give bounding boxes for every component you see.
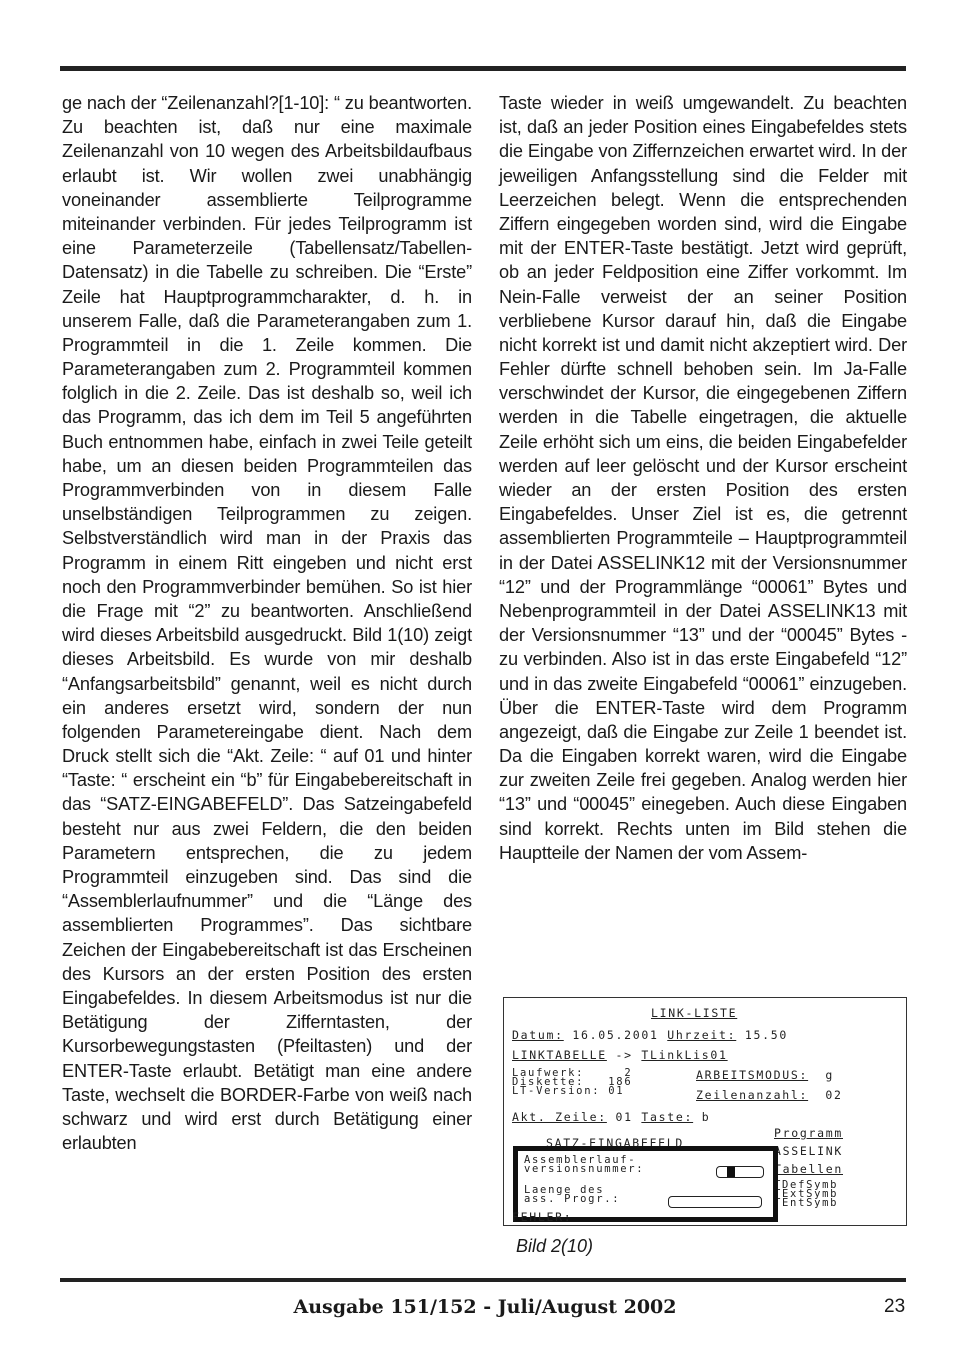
laenge-input[interactable] bbox=[668, 1194, 762, 1208]
uhrzeit-label: Uhrzeit: bbox=[667, 1028, 736, 1042]
taste-label: Taste: bbox=[641, 1110, 693, 1124]
article-column-right: Taste wieder in weiß umgewandelt. Zu bea… bbox=[499, 91, 907, 865]
field1-label-line2: versionsnummer: bbox=[524, 1164, 644, 1174]
programm-value: ASSELINK bbox=[774, 1144, 843, 1158]
ltversion-value: 01 bbox=[608, 1085, 624, 1097]
uhrzeit-value: 15.50 bbox=[745, 1028, 788, 1042]
versionsnummer-field[interactable] bbox=[716, 1166, 764, 1178]
datum-value: 16.05.2001 bbox=[572, 1028, 658, 1042]
arbeitsmodus-value: g bbox=[825, 1068, 834, 1082]
arbeitsmodus-label: ARBEITSMODUS: bbox=[696, 1068, 808, 1082]
ltversion-row: LT-Version: 01 bbox=[512, 1086, 624, 1096]
ltversion-label: LT-Version: bbox=[512, 1085, 600, 1097]
zeilenanzahl-row: Zeilenanzahl: 02 bbox=[696, 1088, 843, 1102]
aktzeile-label: Akt. Zeile: bbox=[512, 1110, 607, 1124]
left-column-text: ge nach der “Zeilenanzahl?[1-10]: “ zu b… bbox=[62, 91, 472, 1155]
link-liste-screenshot: LINK-LISTE Datum: 16.05.2001 Uhrzeit: 15… bbox=[503, 997, 907, 1226]
zeilenanzahl-label: Zeilenanzahl: bbox=[696, 1088, 808, 1102]
field2-label-line2: ass. Progr.: bbox=[524, 1194, 620, 1204]
bottom-rule bbox=[60, 1278, 906, 1282]
datum-row: Datum: 16.05.2001 Uhrzeit: 15.50 bbox=[512, 1028, 788, 1042]
laenge-field[interactable] bbox=[668, 1196, 762, 1208]
linktabelle-row: LINKTABELLE -> TLinkLis01 bbox=[512, 1048, 728, 1062]
programm-label: Programm bbox=[774, 1126, 843, 1140]
datum-label: Datum: bbox=[512, 1028, 564, 1042]
page-number: 23 bbox=[884, 1296, 905, 1318]
taste-value: b bbox=[702, 1110, 711, 1124]
versionsnummer-input[interactable] bbox=[716, 1164, 764, 1178]
right-column-text: Taste wieder in weiß umgewandelt. Zu bea… bbox=[499, 91, 907, 865]
screen-title: LINK-LISTE bbox=[651, 1006, 737, 1020]
linktabelle-label: LINKTABELLE bbox=[512, 1048, 607, 1062]
arbeitsmodus-row: ARBEITSMODUS: g bbox=[696, 1068, 834, 1082]
arrow-glyph: -> bbox=[616, 1048, 633, 1062]
aktzeile-row: Akt. Zeile: 01 Taste: b bbox=[512, 1110, 710, 1124]
linktabelle-value: TLinkLis01 bbox=[641, 1048, 727, 1062]
tabellen-label: Tabellen bbox=[774, 1162, 843, 1176]
figure-caption: Bild 2(10) bbox=[516, 1236, 593, 1257]
issue-footer: Ausgabe 151/152 - Juli/August 2002 bbox=[0, 1296, 970, 1318]
fehler-label: FEHLER: bbox=[512, 1210, 572, 1224]
zeilenanzahl-value: 02 bbox=[825, 1088, 842, 1102]
article-column-left: ge nach der “Zeilenanzahl?[1-10]: “ zu b… bbox=[62, 91, 472, 1155]
aktzeile-value: 01 bbox=[616, 1110, 633, 1124]
text-cursor bbox=[727, 1167, 735, 1177]
tabellen-value-3: TEntSymb bbox=[774, 1198, 838, 1208]
top-rule bbox=[60, 66, 906, 71]
